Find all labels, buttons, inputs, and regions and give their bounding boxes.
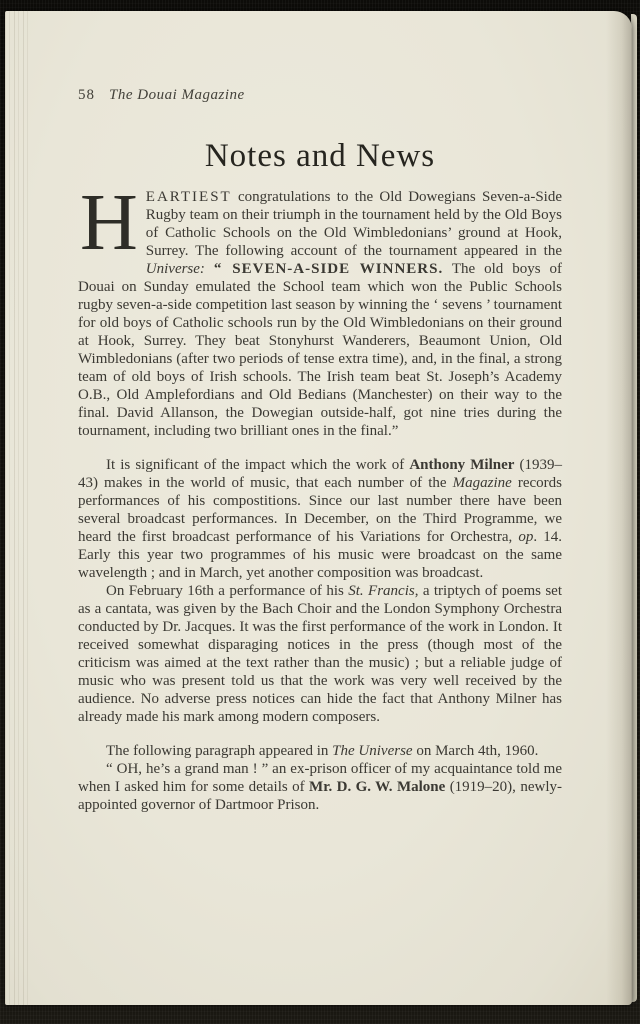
drop-cap: H (78, 188, 146, 264)
running-title: The Douai Magazine (109, 86, 245, 104)
text-run: Mr. D. G. W. Malone (309, 779, 445, 795)
text-run: Universe: (146, 261, 214, 277)
text-run: The following paragraph appeared in (106, 743, 332, 759)
text-run: The old boys of Douai on Sunday emulated… (78, 261, 562, 439)
page-content: 58 The Douai Magazine Notes and News HEA… (78, 86, 562, 814)
paragraph-malone: “ OH, he’s a grand man ! ” an ex-prison … (78, 760, 562, 814)
page-edge-stack (5, 11, 31, 1005)
running-head: 58 The Douai Magazine (78, 86, 562, 104)
paragraph-rugby: HEARTIEST congratulations to the Old Dow… (78, 188, 562, 440)
article-title: Notes and News (78, 136, 562, 176)
paragraph-st-francis: On February 16th a performance of his St… (78, 582, 562, 726)
page-number: 58 (78, 86, 95, 104)
spine-fold-shadow (606, 11, 632, 1005)
text-run: EARTIEST (146, 189, 232, 205)
text-run: “ SEVEN-A-SIDE WINNERS. (214, 261, 443, 277)
text-run: on March 4th, 1960. (413, 743, 539, 759)
scanned-page: 58 The Douai Magazine Notes and News HEA… (5, 11, 632, 1005)
text-run: It is significant of the impact which th… (106, 457, 409, 473)
text-run: op (518, 529, 533, 545)
text-run: St. Francis (348, 583, 414, 599)
text-run: Anthony Milner (409, 457, 514, 473)
text-run: Magazine (453, 475, 512, 491)
paragraph-milner-broadcasts: It is significant of the impact which th… (78, 456, 562, 582)
text-run: , a triptych of poems set as a cantata, … (78, 583, 562, 725)
paragraph-universe-intro: The following paragraph appeared in The … (78, 742, 562, 760)
text-run: The Universe (332, 743, 412, 759)
text-run: On February 16th a performance of his (106, 583, 348, 599)
